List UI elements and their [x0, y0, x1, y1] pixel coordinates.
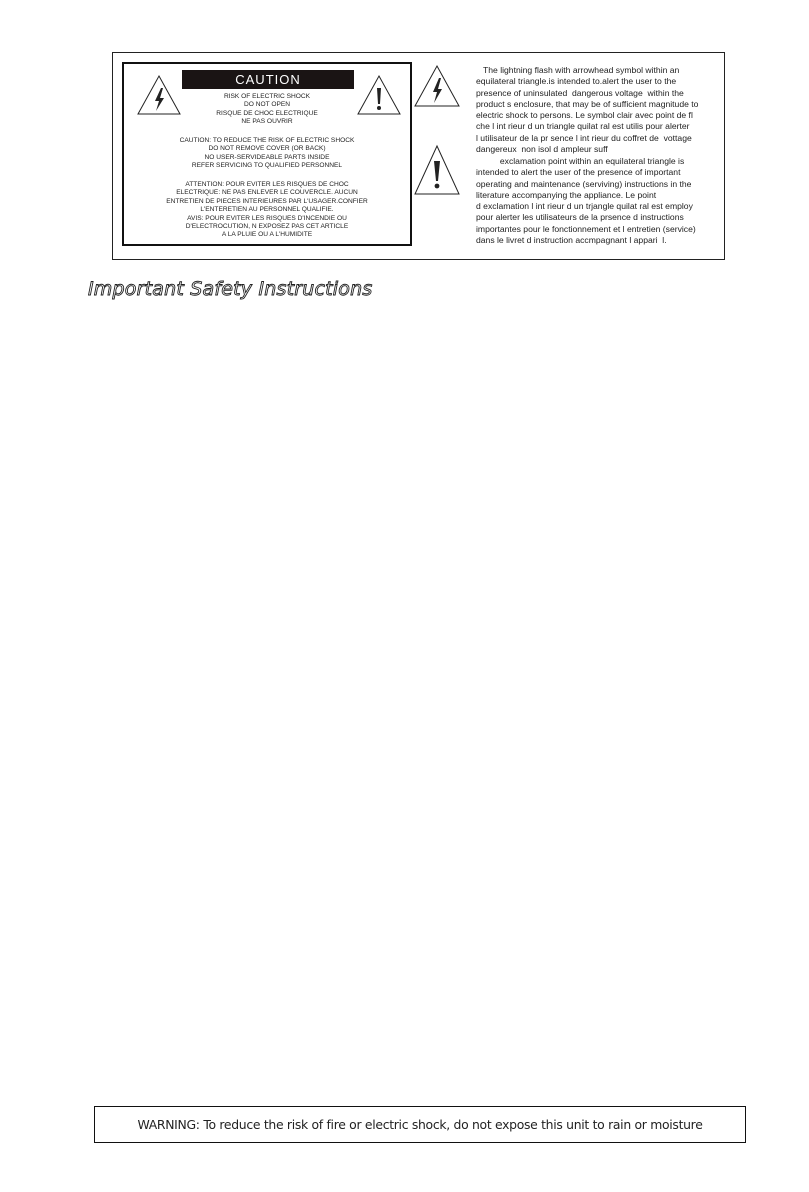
- caution-line: DO NOT REMOVE COVER (OR BACK): [124, 145, 410, 153]
- caution-line: ELECTRIQUE: NE PAS ENLEVER LE COUVERCLE.…: [124, 189, 410, 197]
- exclamation-description: exclamation point within an equilateral …: [476, 156, 724, 246]
- lightning-description: The lightning flash with arrowhead symbo…: [476, 65, 724, 155]
- description-line: product s enclosure, that may be of suff…: [476, 99, 724, 110]
- caution-block-risk: RISK OF ELECTRIC SHOCK DO NOT OPEN RISQU…: [124, 93, 410, 127]
- caution-line: RISK OF ELECTRIC SHOCK: [124, 93, 410, 101]
- caution-banner: CAUTION: [182, 70, 354, 89]
- description-line: literature accompanying the appliance. L…: [476, 190, 724, 201]
- caution-line: ENTRETIEN DE PIECES INTERIEURES PAR L'US…: [124, 198, 410, 206]
- caution-line: REFER SERVICING TO QUALIFIED PERSONNEL: [124, 162, 410, 170]
- description-line: presence of uninsulated dangerous voltag…: [476, 88, 724, 99]
- description-line: electric shock to persons. Le symbol cla…: [476, 110, 724, 121]
- caution-line: CAUTION: TO REDUCE THE RISK OF ELECTRIC …: [124, 137, 410, 145]
- description-line: pour alerter les utilisateurs de la prse…: [476, 212, 724, 223]
- caution-label: CAUTION RISK OF ELECTRIC SHOCK DO NOT OP…: [122, 62, 412, 246]
- description-line: dans le livret d instruction accmpagnant…: [476, 235, 724, 246]
- warning-text: WARNING: To reduce the risk of fire or e…: [137, 1117, 702, 1132]
- caution-line: NE PAS OUVRIR: [124, 118, 410, 126]
- caution-line: ATTENTION: POUR EVITER LES RISQUES DE CH…: [124, 181, 410, 189]
- description-line: dangereux non isol d ampleur suff: [476, 144, 724, 155]
- description-line: equilateral triangle.is intended to.aler…: [476, 76, 724, 87]
- caution-line: D'ELECTROCUTION, N EXPOSEZ PAS CET ARTIC…: [124, 223, 410, 231]
- caution-line: AVIS: POUR EVITER LES RISQUES D'INCENDIE…: [124, 215, 410, 223]
- caution-block-service: CAUTION: TO REDUCE THE RISK OF ELECTRIC …: [124, 137, 410, 171]
- warning-box: WARNING: To reduce the risk of fire or e…: [94, 1106, 746, 1143]
- description-line: che l int rieur d un triangle quilat ral…: [476, 121, 724, 132]
- exclamation-symbol-icon: [413, 144, 461, 196]
- description-line: l utilisateur de la pr sence l int rieur…: [476, 133, 724, 144]
- description-line: importantes pour le fonctionnement et l …: [476, 224, 724, 235]
- caution-line: A LA PLUIE OU A L'HUMIDITE: [124, 231, 410, 239]
- caution-line: L'ENTERETIEN AU PERSONNEL QUALIFIE.: [124, 206, 410, 214]
- page-title: Important Safety Instructions: [88, 278, 372, 300]
- caution-line: NO USER-SERVIDEABLE PARTS INSIDE: [124, 154, 410, 162]
- description-line: exclamation point within an equilateral …: [476, 156, 724, 167]
- description-line: d exclamation l int rieur d un trjangle …: [476, 201, 724, 212]
- description-line: operating and maintenance (serviving) in…: [476, 179, 724, 190]
- lightning-symbol-icon: [413, 64, 461, 108]
- description-line: The lightning flash with arrowhead symbo…: [476, 65, 724, 76]
- caution-line: DO NOT OPEN: [124, 101, 410, 109]
- caution-line: RISQUE DE CHOC ELECTRIQUE: [124, 110, 410, 118]
- caution-block-french: ATTENTION: POUR EVITER LES RISQUES DE CH…: [124, 181, 410, 240]
- description-line: intended to alert the user of the presen…: [476, 167, 724, 178]
